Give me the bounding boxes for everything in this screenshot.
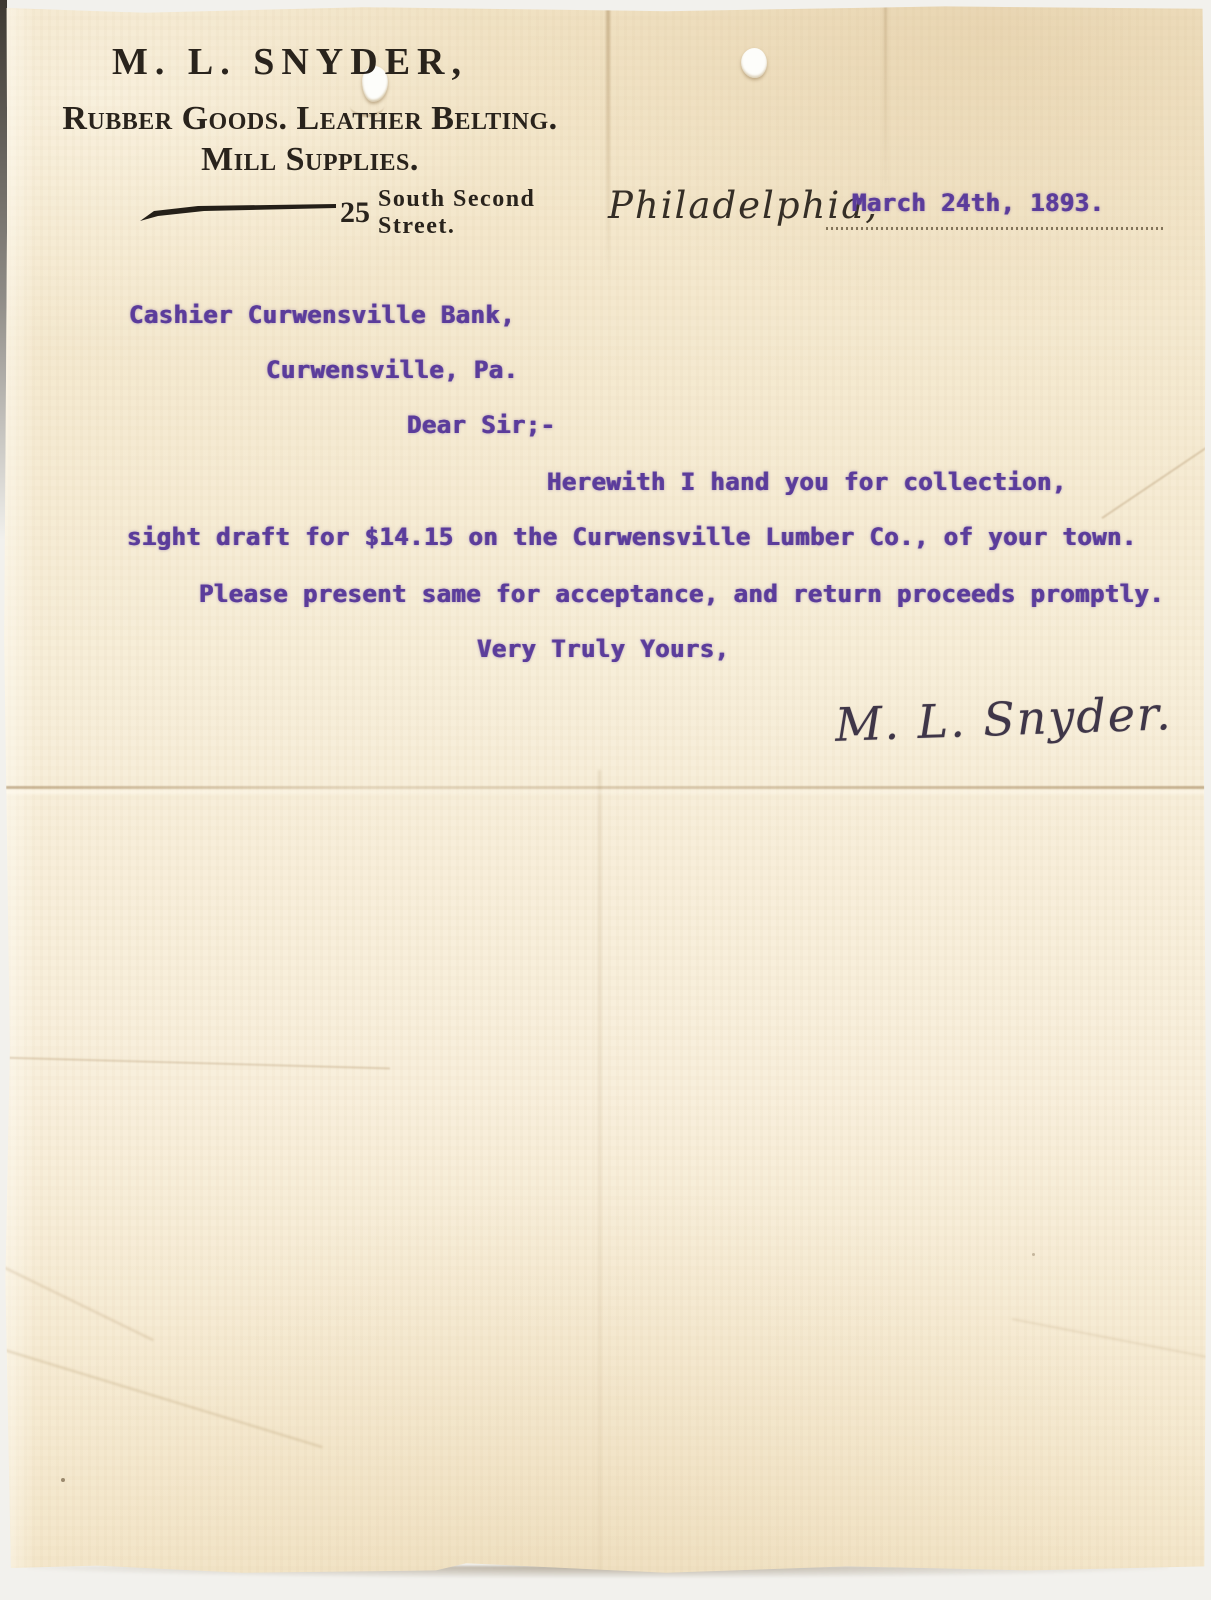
body-line-3: Please present same for acceptance, and … xyxy=(199,580,1164,608)
letterhead-street-name: South Second Street. xyxy=(378,186,558,240)
crease-diagonal-bottom-left xyxy=(0,1344,323,1448)
letterhead-business-line-1: Rubber Goods. Leather Belting. xyxy=(35,100,585,138)
crease-diagonal-bottom-right xyxy=(1012,1318,1211,1364)
closing-line: Very Truly Yours, xyxy=(477,635,729,663)
paper-texture xyxy=(0,0,1211,1600)
fold-crease-vertical-top xyxy=(606,0,610,280)
body-line-1: Herewith I hand you for collection, xyxy=(547,468,1067,496)
arrow-flourish-icon xyxy=(138,202,336,224)
date-dotted-line xyxy=(826,227,1166,230)
typed-date: March 24th, 1893. xyxy=(852,189,1104,217)
paper-speck xyxy=(1032,1253,1035,1256)
fold-crease-vertical-right xyxy=(884,0,887,210)
letter-paper: M. L. SNYDER, Rubber Goods. Leather Belt… xyxy=(0,0,1211,1600)
letterhead-company-name: M. L. SNYDER, xyxy=(30,40,550,84)
crease-left-middle xyxy=(0,1057,390,1070)
letterhead-business-line-2: Mill Supplies. xyxy=(35,141,585,179)
recipient-line-2: Curwensville, Pa. xyxy=(266,356,518,384)
fold-crease-horizontal-main xyxy=(0,786,1211,789)
paper-speck xyxy=(61,1478,65,1482)
letterhead-city-script: Philadelphia, xyxy=(608,184,879,227)
body-line-2: sight draft for $14.15 on the Curwensvil… xyxy=(127,523,1137,551)
fold-crease-vertical-lower xyxy=(598,770,601,1590)
punch-hole-right xyxy=(741,48,767,78)
crease-diagonal-right xyxy=(1101,439,1211,519)
fold-crease-highlight xyxy=(0,790,1211,794)
letterhead-address: 25 South Second Street. xyxy=(138,196,558,230)
recipient-line-1: Cashier Curwensville Bank, xyxy=(129,301,515,329)
salutation: Dear Sir;- xyxy=(407,411,556,439)
letterhead-street-number: 25 xyxy=(340,196,370,230)
handwritten-signature: M. L. Snyder. xyxy=(834,686,1173,752)
